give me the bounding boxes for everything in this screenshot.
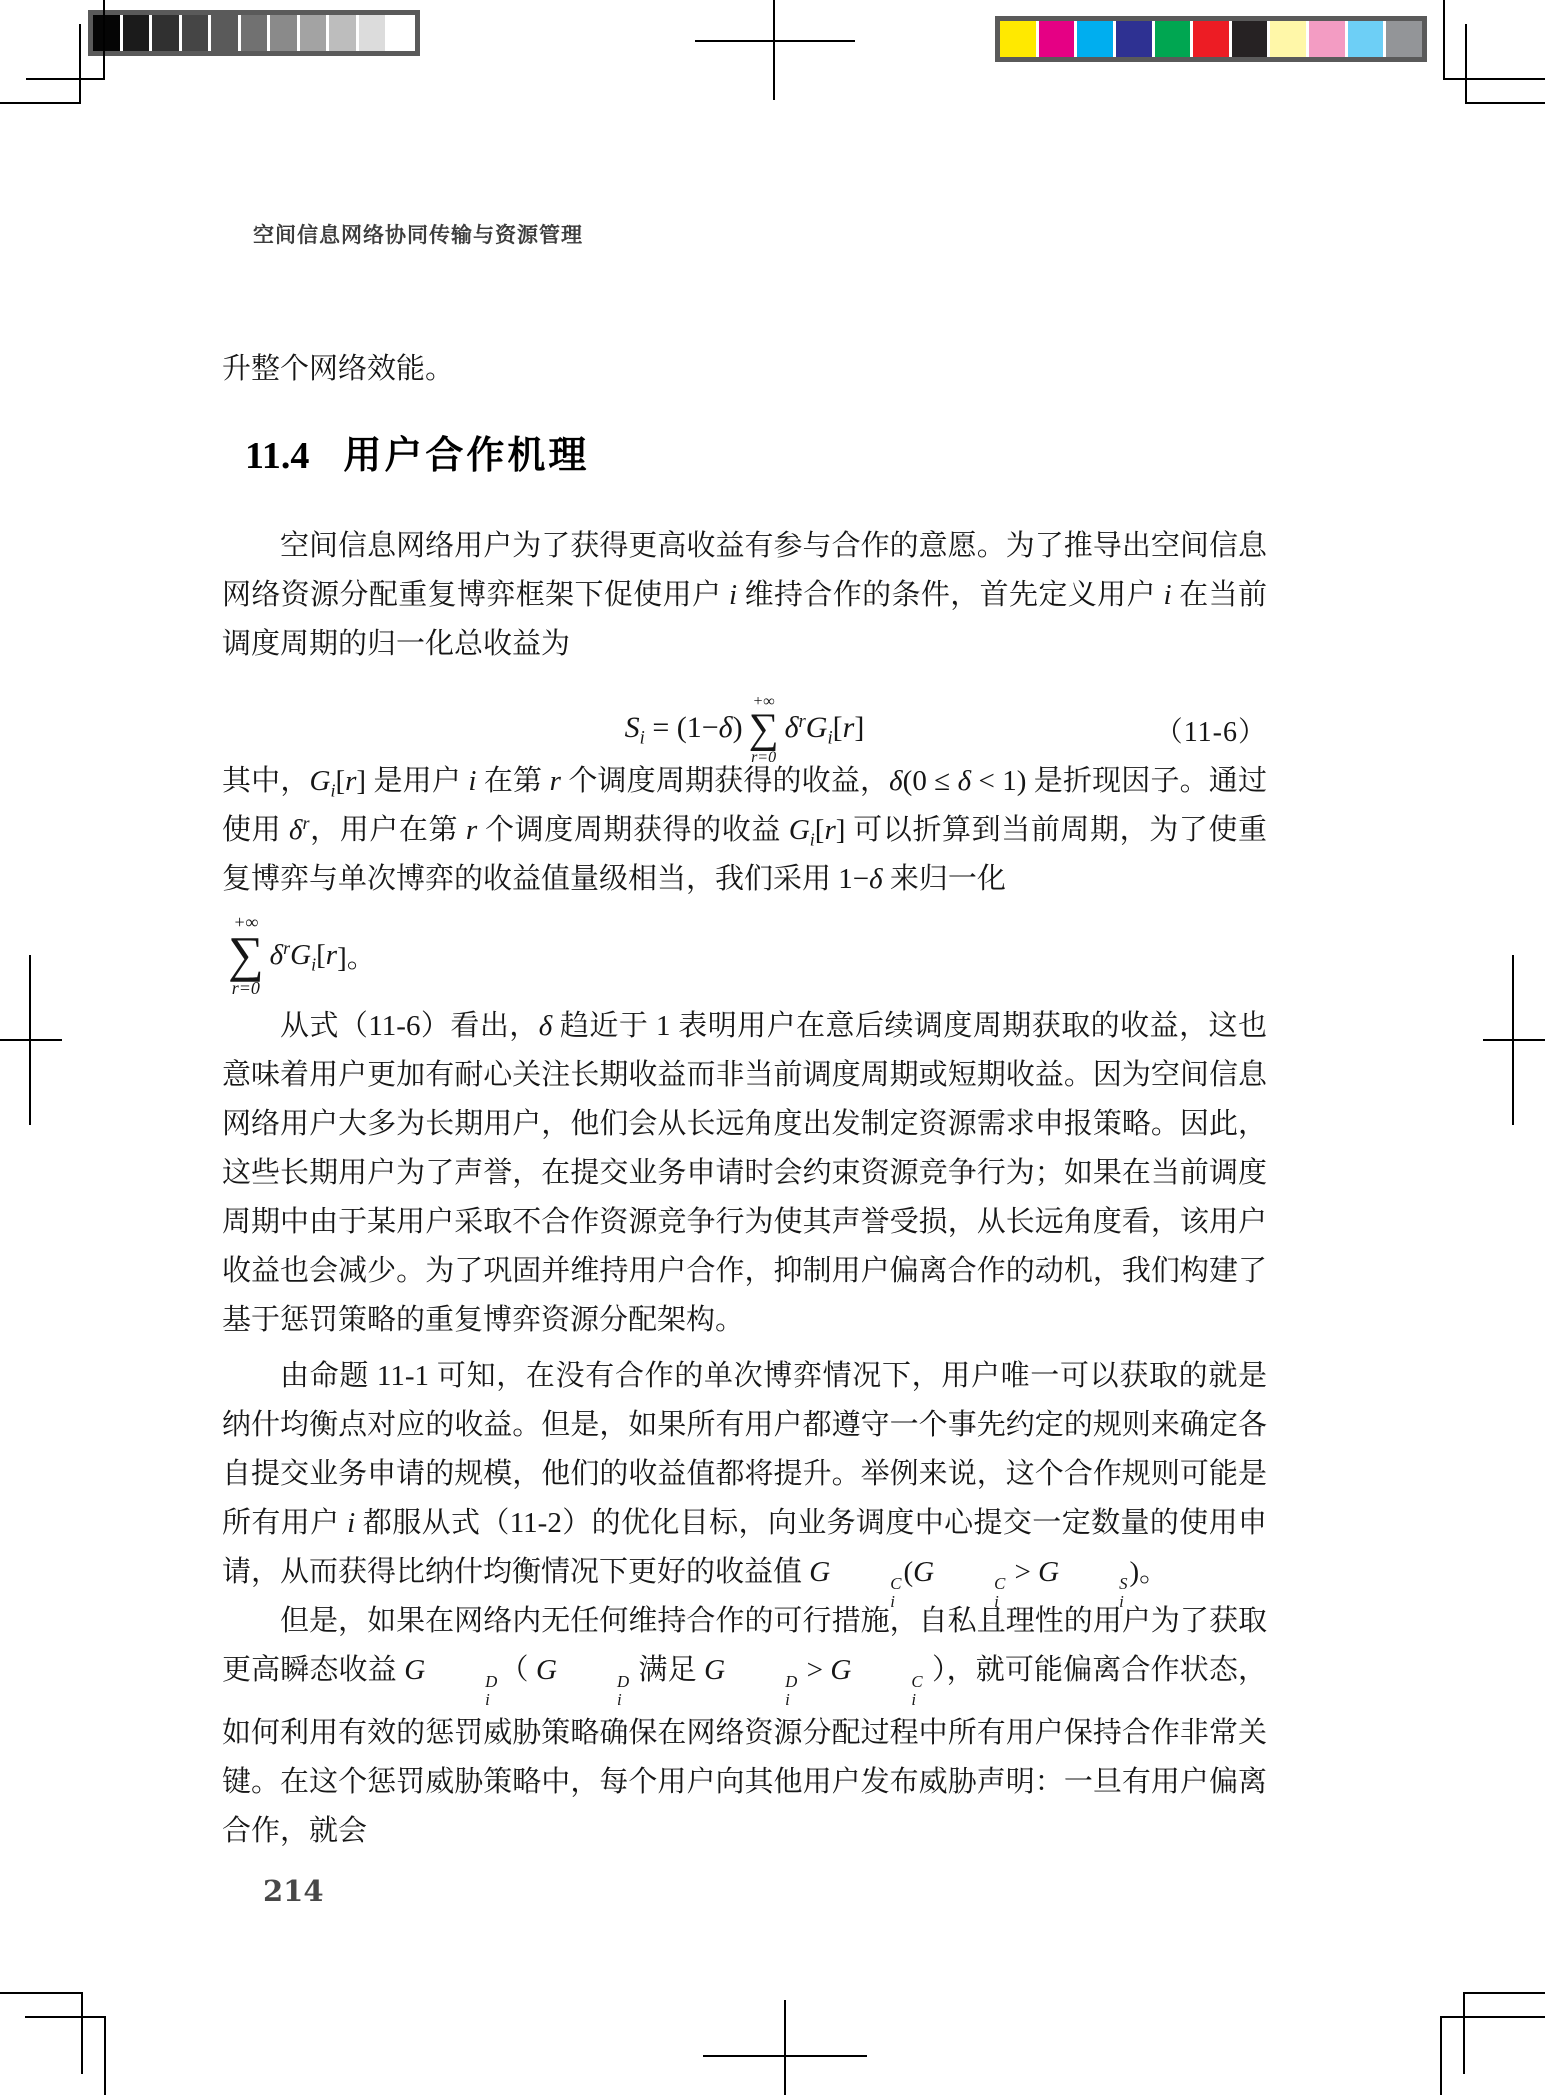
math-variable: GCi: [913, 1556, 1007, 1588]
math-variable: δ: [539, 1010, 552, 1042]
math-variable: r: [843, 711, 855, 744]
crop-mark-bottom-right: [1463, 1992, 1465, 2074]
crop-mark-top-left: [103, 0, 105, 80]
calibration-swatch: [359, 15, 386, 51]
math-variable: Gi: [290, 939, 316, 972]
crop-mark-bottom-right: [1440, 2016, 1442, 2095]
math-variable: r: [326, 939, 337, 972]
math-variable: GDi: [404, 1654, 499, 1686]
calibration-swatch: [1270, 21, 1306, 57]
summation-symbol: +∞∑r=0: [749, 694, 779, 766]
math-variable: δ: [889, 765, 902, 797]
equation-label: （11-6）: [1155, 710, 1267, 750]
registration-mark-left: [0, 1039, 62, 1041]
registration-mark-right: [1483, 1039, 1545, 1041]
calibration-swatch: [211, 15, 238, 51]
calibration-swatch: [1155, 21, 1191, 57]
crop-mark-top-left: [0, 102, 81, 104]
math-variable: Si: [625, 711, 645, 744]
calibration-swatch: [123, 15, 150, 51]
math-variable: Gi: [806, 711, 833, 744]
section-heading: 11.4 用户合作机理: [245, 424, 589, 479]
color-calibration-bar: [995, 16, 1427, 62]
scanned-book-page: 空间信息网络协同传输与资源管理 升整个网络效能。 11.4 用户合作机理 空间信…: [0, 0, 1545, 2095]
math-variable: i: [468, 765, 476, 797]
crop-mark-top-right: [1465, 102, 1545, 104]
crop-mark-top-right: [1465, 24, 1467, 104]
paragraph-3: 从式（11-6）看出，δ 趋近于 1 表明用户在意后续调度周期获取的收益，这也意…: [222, 1002, 1267, 1345]
crop-mark-top-left: [79, 24, 81, 104]
paragraph-1: 空间信息网络用户为了获得更高收益有参与合作的意愿。为了推导出空间信息网络资源分配…: [222, 522, 1267, 669]
calibration-swatch: [241, 15, 268, 51]
calibration-swatch: [1000, 21, 1036, 57]
calibration-swatch: [152, 15, 179, 51]
math-variable: Gi: [789, 814, 815, 846]
registration-mark-top-center: [695, 40, 855, 42]
math-variable: GDi: [704, 1654, 799, 1686]
page-number: 214: [263, 1874, 324, 1908]
crop-mark-bottom-left: [25, 2016, 106, 2018]
registration-mark-top-center: [773, 0, 775, 100]
registration-mark-bottom-center: [703, 2055, 867, 2057]
crop-mark-top-right: [1443, 0, 1445, 80]
calibration-swatch: [1116, 21, 1152, 57]
math-variable: r: [550, 765, 561, 797]
section-number: 11.4: [245, 434, 309, 478]
paragraph-4: 由命题 11-1 可知，在没有合作的单次博弈情况下，用户唯一可以获取的就是纳什均…: [222, 1352, 1267, 1611]
calibration-swatch: [182, 15, 209, 51]
math-variable: GCi: [809, 1556, 903, 1588]
crop-mark-top-left: [26, 78, 105, 80]
crop-mark-bottom-left: [0, 1992, 82, 1994]
paragraph-5: 但是，如果在网络内无任何维持合作的可行措施，自私且理性的用户为了获取更高瞬态收益…: [222, 1597, 1267, 1856]
calibration-swatch: [300, 15, 327, 51]
math-variable: δ: [719, 711, 733, 744]
math-variable: r: [824, 814, 835, 846]
calibration-swatch: [1386, 21, 1422, 57]
paragraph-2: 其中，Gi[r] 是用户 i 在第 r 个调度周期获得的收益，δ(0 ≤ δ <…: [222, 757, 1267, 904]
calibration-swatch: [388, 15, 415, 51]
grayscale-calibration-bar: [88, 10, 420, 56]
math-variable: δr: [270, 939, 290, 972]
summation-symbol: +∞∑r=0: [228, 913, 264, 997]
calibration-swatch: [1348, 21, 1384, 57]
math-variable: GDi: [536, 1654, 631, 1686]
calibration-swatch: [270, 15, 297, 51]
crop-mark-bottom-right: [1440, 2016, 1545, 2018]
equation-expression: Si = (1−δ)+∞∑r=0δrGi[r]: [625, 694, 865, 766]
calibration-swatch: [93, 15, 120, 51]
calibration-swatch: [1309, 21, 1345, 57]
math-variable: δr: [785, 711, 806, 744]
math-variable: GCi: [830, 1654, 924, 1686]
math-variable: δ: [869, 863, 882, 895]
crop-mark-bottom-left: [81, 1992, 83, 2074]
math-variable: i: [1164, 579, 1172, 611]
math-variable: r: [466, 814, 477, 846]
running-head-book-title: 空间信息网络协同传输与资源管理: [253, 219, 583, 249]
calibration-swatch: [1232, 21, 1268, 57]
math-variable: i: [729, 579, 737, 611]
registration-mark-bottom-center: [784, 2000, 786, 2095]
paragraph-lead: 升整个网络效能。: [222, 345, 1267, 394]
crop-mark-bottom-left: [104, 2016, 106, 2095]
crop-mark-top-right: [1443, 78, 1545, 80]
crop-mark-bottom-right: [1463, 1992, 1545, 1994]
math-variable: GSi: [1038, 1556, 1129, 1588]
math-variable: Gi: [310, 765, 336, 797]
math-variable: i: [347, 1507, 355, 1539]
math-variable: δ: [958, 765, 971, 797]
calibration-swatch: [1077, 21, 1113, 57]
calibration-swatch: [1039, 21, 1075, 57]
math-variable: δr: [289, 814, 309, 846]
calibration-swatch: [1193, 21, 1229, 57]
calibration-swatch: [329, 15, 356, 51]
summation-expression-line: +∞∑r=0δrGi[r]。: [222, 903, 376, 1007]
section-title: 用户合作机理: [343, 424, 589, 479]
math-variable: r: [345, 765, 356, 797]
